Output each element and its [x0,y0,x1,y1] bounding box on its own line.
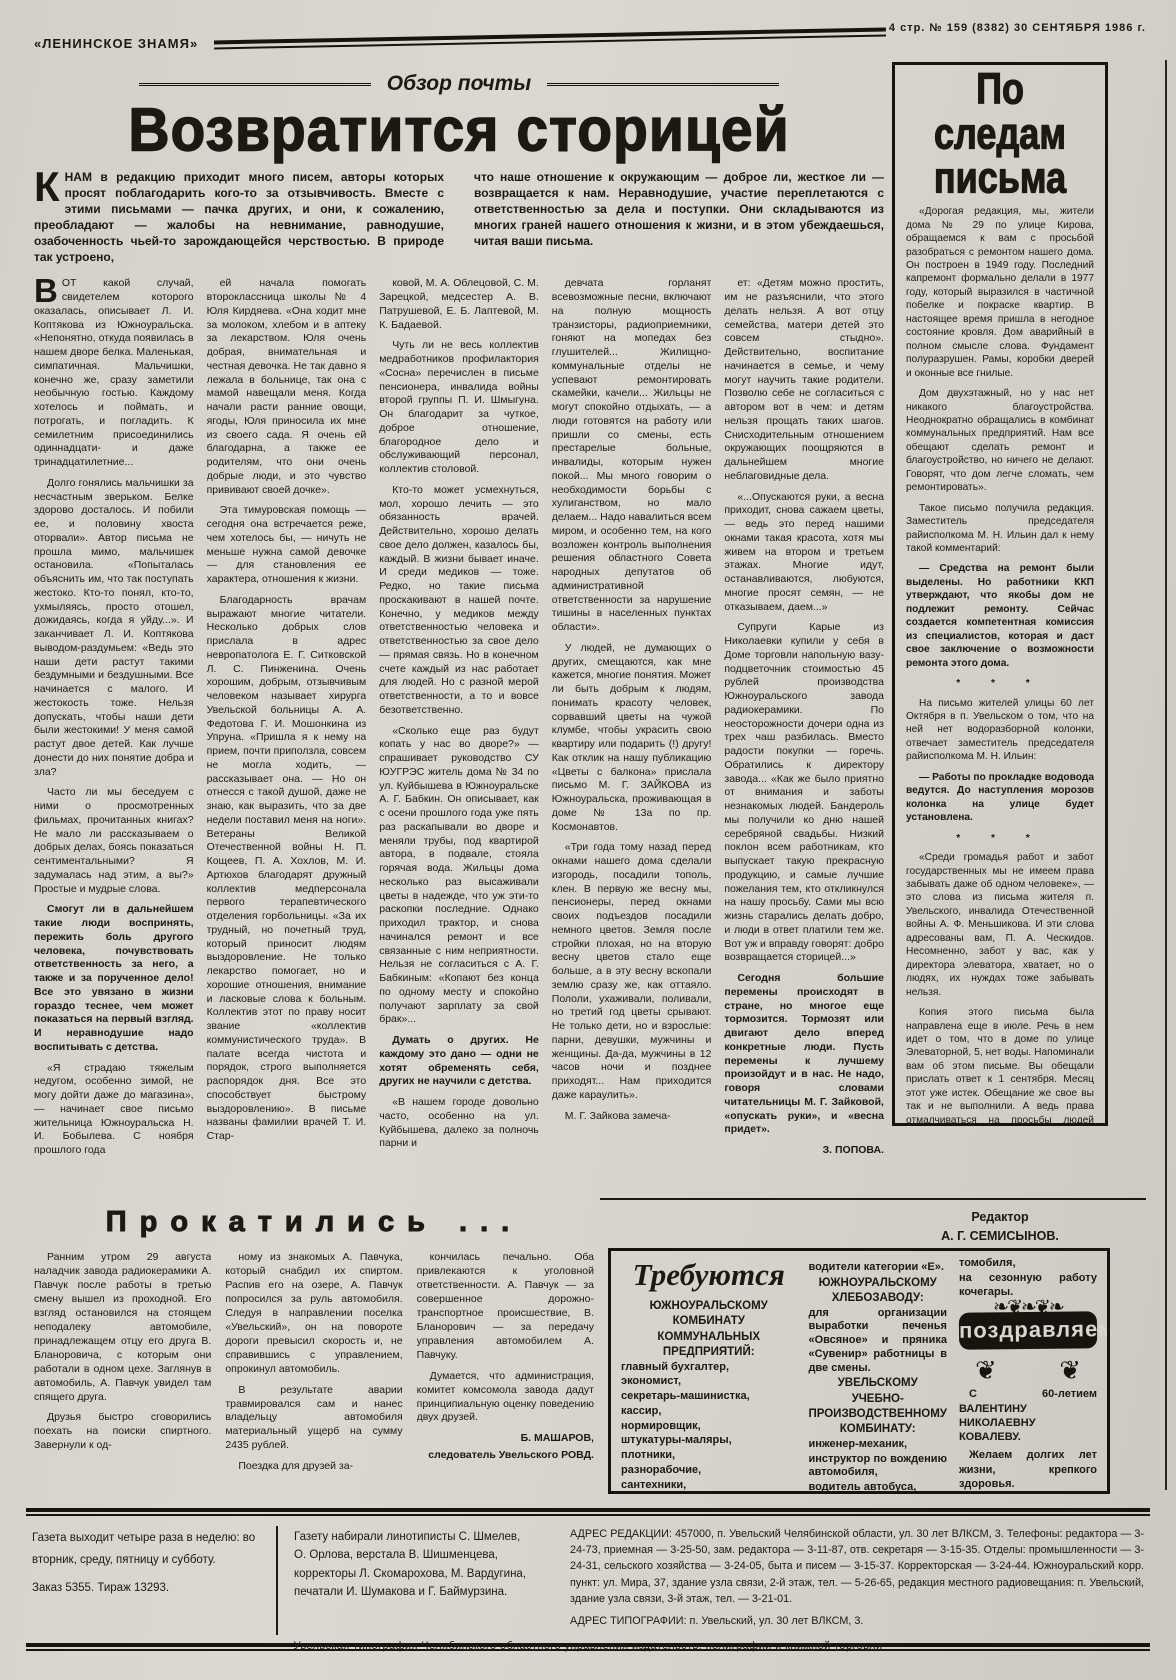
paragraph: экономист, [621,1375,796,1389]
paragraph: ЮЖНОУРАЛЬСКОМУ [808,1276,947,1290]
paragraph: секретарь-машинистка, [621,1390,796,1404]
accident-column-2: ному из знакомых А. Павчука, который сна… [225,1251,402,1489]
paragraph: девчата горланят всевозможные песни, вкл… [552,277,712,635]
article-column-3: ковой, М. А. Облецовой, С. М. Зарецкой, … [379,277,539,1222]
paragraph: Думается, что администрация, комитет ком… [417,1370,594,1426]
article-column-1: ВОТ какой случай, свидетелем которого ок… [34,277,194,1222]
paragraph: «Дорогая редакция, мы, жители дома № 29 … [906,205,1094,380]
paragraph: Часто ли мы беседуем с ними о просмотрен… [34,786,194,896]
paragraph: «Я страдаю тяжелым недугом, особенно зим… [34,1062,194,1158]
paragraph: Б. МАШАРОВ, [417,1432,594,1446]
paragraph: Долго гонялись мальчишки за несчастным з… [34,477,194,780]
paragraph: «Три года тому назад перед окнами нашего… [552,841,712,1102]
paragraph: ПРОИЗВОДСТВЕННОМУ [808,1407,947,1421]
paragraph: Копия этого письма была направлена еще в… [906,1006,1094,1126]
paragraph: УВЕЛЬСКОМУ [808,1376,947,1390]
paragraph: З. ПОПОВА. [724,1144,884,1158]
paragraph: кончилась печально. Оба привлекаются к у… [417,1251,594,1363]
paragraph: У людей, не думающих о других, смещаются… [552,642,712,835]
article-column-2: ей начала помогать второклассница школы … [207,277,367,1222]
footer-addresses: АДРЕС РЕДАКЦИИ: 457000, п. Увельский Чел… [548,1526,1150,1635]
accident-headline: Прокатились ... [34,1206,594,1239]
paragraph: УЧЕБНО- [808,1392,947,1406]
editor-label: Редактор [892,1208,1108,1227]
article-body: ВОТ какой случай, свидетелем которого ок… [34,277,884,1222]
paragraph: Друзья быстро сговорились поехать на пои… [34,1411,211,1453]
paragraph: сантехники, [621,1479,796,1493]
paragraph: Газету набирали линотиписты С. Шмелев, О… [294,1528,532,1602]
paragraph: водитель автобуса, [808,1481,947,1494]
article-column-4: девчата горланят всевозможные песни, вкл… [552,277,712,1222]
jobs-continuation: томобиля,на сезонную работу кочегары. [959,1257,1097,1299]
paragraph: для организации выработки печенья «Овсян… [808,1307,947,1376]
paragraph: «Среди громадья работ и забот государств… [906,851,1094,999]
paragraph: — Средства на ремонт были выделены. Но р… [906,562,1094,670]
paragraph: штукатуры-маляры, [621,1434,796,1448]
accident-body: Ранним утром 29 августа наладчик завода … [34,1251,594,1489]
paragraph: ет: «Детям можно простить, им не разъясн… [724,277,884,483]
paragraph: Эта тимуровская помощь — сегодня она вст… [207,504,367,587]
article-column-5: ет: «Детям можно простить, им не разъясн… [724,277,884,1222]
paragraph: Газета выходит четыре раза в неделю: во … [32,1528,260,1572]
paragraph: ЮЖНОУРАЛЬСКОМУ [621,1299,796,1313]
paragraph: «В нашем городе довольно часто, особенно… [379,1096,539,1151]
paragraph: Дом двухэтажный, но у нас нет никакого б… [906,387,1094,495]
print-house-imprint: Увельская типография Челябинского област… [0,1640,1176,1652]
greeting-text: С 60-летием ВАЛЕНТИНУ НИКОЛАЕВНУ КОВАЛЕВ… [959,1387,1097,1494]
masthead-rules [214,28,886,50]
editor-name: А. Г. СЕМИСЫНОВ. [892,1227,1108,1246]
paragraph: инженер-механик, [808,1438,947,1452]
lead-article: Обзор почты Возвратится сторицей К НАМ в… [34,72,884,1222]
paragraph: Благодарность врачам выражают многие чит… [207,594,367,1144]
page-edge-rule [1165,60,1167,1490]
kicker-rule-right [547,83,779,86]
paragraph: разнорабочие, [621,1464,796,1478]
paragraph: ковой, М. А. Облецовой, С. М. Зарецкой, … [379,277,539,332]
paragraph: «Сколько еще раз будут копать у нас во д… [379,725,539,1028]
floral-ornament-icon: ❦ [975,1357,997,1383]
paragraph: ПРЕДПРИЯТИЙ: [621,1345,796,1359]
sidebar-title: По следам письма [906,67,1094,201]
paragraph: Поездка для друзей за- [225,1460,402,1474]
intro-right: что наше отношение к окружающим — доброе… [474,169,884,265]
section-divider-rule [600,1198,1146,1200]
paragraph: На письмо жителей улицы 60 лет Октября в… [906,697,1094,764]
intro-left: К НАМ в редакцию приходит много писем, а… [34,169,444,265]
paragraph: следователь Увельского РОВД. [417,1449,594,1463]
paragraph: водители категории «Е». [808,1261,947,1275]
paragraph: Кто-то может усмехнуться, мол, хорошо ле… [379,484,539,718]
paragraph: Такое письмо получила редакция. Заместит… [906,502,1094,556]
accident-article: Прокатились ... Ранним утром 29 августа … [34,1206,594,1489]
paragraph: В результате аварии травмировался сам и … [225,1384,402,1454]
editor-signature: Редактор А. Г. СЕМИСЫНОВ. [892,1208,1108,1246]
paragraph: — Работы по прокладке водовода ведутся. … [906,771,1094,825]
paragraph: Сегодня большие перемены происходят в ст… [724,972,884,1137]
kicker-rule-left [139,83,371,86]
paragraph: Желаем долгих лет жизни, крепкого здоров… [959,1448,1097,1491]
paragraph: * * * [906,832,1094,845]
paragraph: ХЛЕБОЗАВОДУ: [808,1291,947,1305]
paragraph: трактористы, [621,1493,796,1494]
greeting-banner: поздравляем [959,1312,1097,1350]
jobs-column-1: Требуются ЮЖНОУРАЛЬСКОМУКОМБИНАТУКОММУНА… [621,1255,796,1487]
jobs-title: Требуются [621,1257,796,1293]
greeting-column: томобиля,на сезонную работу кочегары. ❧❦… [959,1255,1097,1487]
paragraph: С 60-летием ВАЛЕНТИНУ НИКОЛАЕВНУ КОВАЛЕВ… [959,1387,1097,1444]
section-kicker-row: Обзор почты [139,72,779,96]
paragraph: на сезонную работу кочегары. [959,1272,1097,1300]
paragraph: АДРЕС ТИПОГРАФИИ: п. Увельский, ул. 30 л… [570,1613,1144,1629]
paragraph: нормировщик, [621,1420,796,1434]
paragraph: Чуть ли не весь коллектив медработников … [379,339,539,477]
footer-staff: Газету набирали линотиписты С. Шмелев, О… [276,1526,548,1635]
paragraph: Заказ 5355. Тираж 13293. [32,1578,260,1600]
accident-column-3: кончилась печально. Оба привлекаются к у… [417,1251,594,1489]
footer-grid: Газета выходит четыре раза в неделю: во … [26,1516,1150,1643]
jobs-list-1: ЮЖНОУРАЛЬСКОМУКОМБИНАТУКОММУНАЛЬНЫХПРЕДП… [621,1299,796,1494]
paragraph: Смогут ли в дальнейшем такие люди воспри… [34,903,194,1054]
paper-name: «ЛЕНИНСКОЕ ЗНАМЯ» [34,36,198,51]
paragraph: КОММУНАЛЬНЫХ [621,1330,796,1344]
paragraph: Ранним утром 29 августа наладчик завода … [34,1251,211,1404]
paragraph: КОМБИНАТУ: [808,1422,947,1436]
paragraph: ВОТ какой случай, свидетелем которого ок… [34,277,194,470]
paragraph: Супруги Карые из Николаевки купили у себ… [724,621,884,965]
paragraph: КОМБИНАТУ [621,1314,796,1328]
newspaper-page: «ЛЕНИНСКОЕ ЗНАМЯ» 4 стр. № 159 (8382) 30… [0,0,1176,1680]
letters-followup-box: По следам письма «Дорогая редакция, мы, … [892,62,1108,1126]
floral-ornament-icon: ❦ [1059,1357,1081,1383]
paragraph: томобиля, [959,1257,1097,1271]
footer-rule-top-thick [26,1508,1150,1512]
paragraph: плотники, [621,1449,796,1463]
paragraph: главный бухгалтер, [621,1361,796,1375]
paragraph: «...Опускаются руки, а весна приходит, с… [724,491,884,615]
sidebar-text: «Дорогая редакция, мы, жители дома № 29 … [906,205,1094,1126]
jobs-column-2: водители категории «Е».ЮЖНОУРАЛЬСКОМУХЛЕ… [808,1255,947,1487]
paragraph: М. Г. Зайкова замеча- [552,1110,712,1124]
paragraph: ному из знакомых А. Павчука, который сна… [225,1251,402,1377]
lead-headline: Возвратится сторицей [34,100,884,162]
paragraph: Думать о других. Не каждому это дано — о… [379,1034,539,1089]
paragraph: * * * [906,677,1094,690]
page-number-date: 4 стр. № 159 (8382) 30 СЕНТЯБРЯ 1986 г. [889,22,1146,34]
paragraph: кассир, [621,1405,796,1419]
floral-ornaments-row: ❦ ❦ [959,1357,1097,1383]
imprint-footer: Газета выходит четыре раза в неделю: во … [26,1508,1150,1651]
paragraph: АДРЕС РЕДАКЦИИ: 457000, п. Увельский Чел… [570,1526,1144,1607]
paragraph: ей начала помогать второклассница школы … [207,277,367,497]
lead-intro: К НАМ в редакцию приходит много писем, а… [34,169,884,265]
classifieds-box: Требуются ЮЖНОУРАЛЬСКОМУКОМБИНАТУКОММУНА… [608,1248,1110,1494]
accident-column-1: Ранним утром 29 августа наладчик завода … [34,1251,211,1489]
paragraph: инструктор по вождению автомобиля, [808,1453,947,1481]
masthead: «ЛЕНИНСКОЕ ЗНАМЯ» 4 стр. № 159 (8382) 30… [34,14,1146,66]
footer-schedule: Газета выходит четыре раза в неделю: во … [26,1526,276,1635]
section-kicker: Обзор почты [387,72,531,96]
